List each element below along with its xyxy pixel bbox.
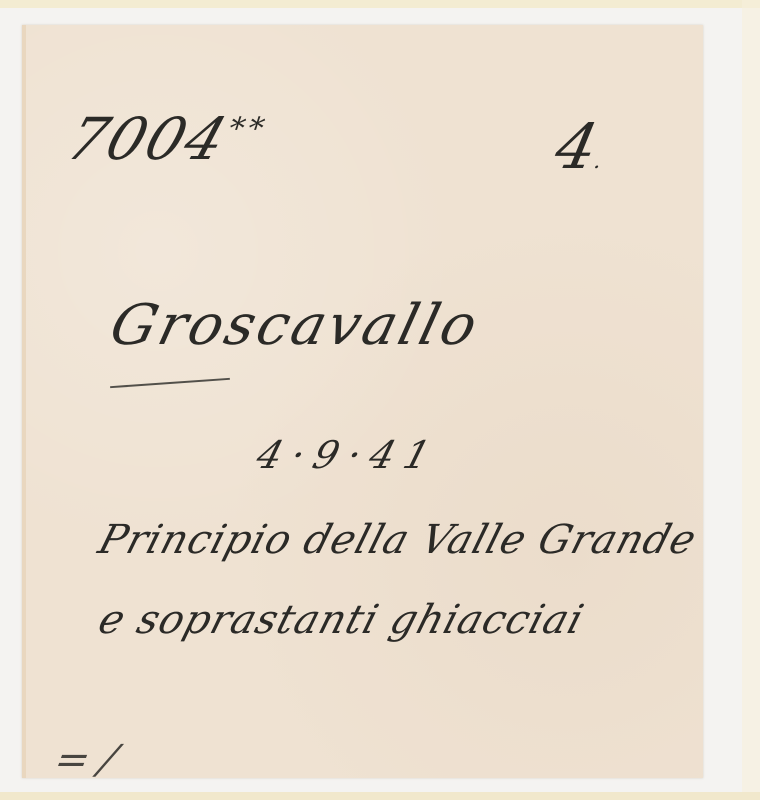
locality-name: Groscavallo xyxy=(104,293,486,358)
mount-right-edge xyxy=(742,0,760,800)
catalog-number: 7004** xyxy=(59,105,275,173)
collection-date: 4·9·41 xyxy=(252,433,445,477)
catalog-number-value: 7004 xyxy=(59,105,237,173)
mount-bottom-edge xyxy=(0,792,760,800)
label-paper: 7004** 4. Groscavallo 4·9·41 Principio d… xyxy=(22,25,703,778)
locality-flourish xyxy=(110,378,230,388)
mount-top-edge xyxy=(0,0,760,8)
sheet-number: 4. xyxy=(549,110,613,183)
paper-edge xyxy=(22,25,26,778)
corner-mark: =/ xyxy=(48,737,136,783)
description-line-2: e soprastanti ghiacciai xyxy=(93,597,589,643)
description-line-1: Principio della Valle Grande xyxy=(93,517,702,563)
